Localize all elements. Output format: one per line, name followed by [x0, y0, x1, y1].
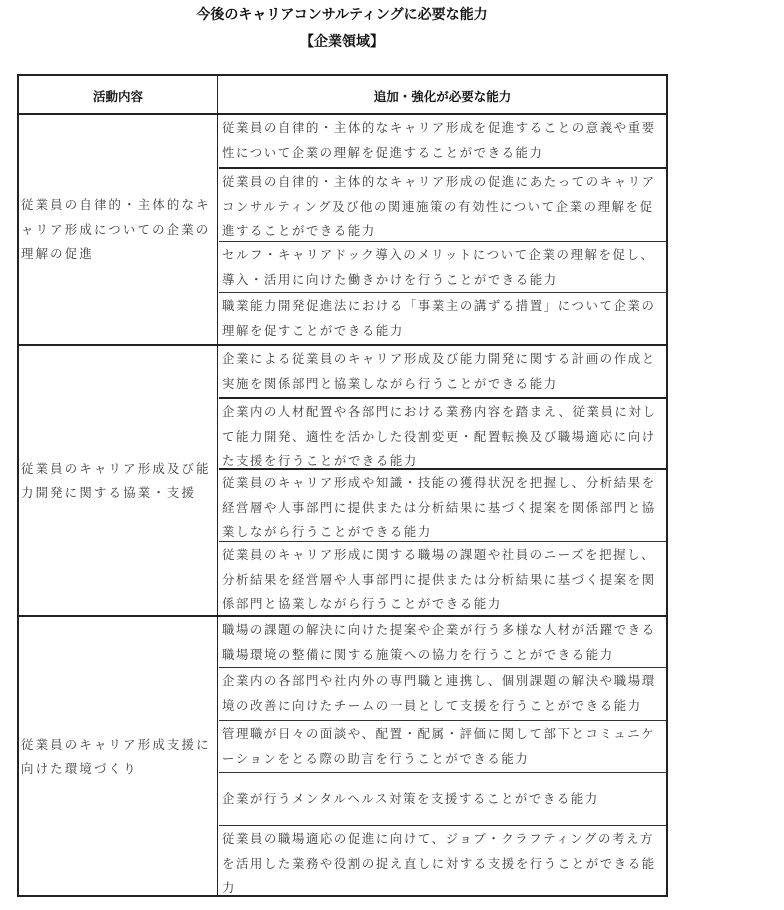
ability-cell: 従業員の自律的・主体的なキャリア形成の促進にあたってのキャリアコンサルティング及… [219, 169, 666, 241]
ability-cell: 従業員の職場適応の促進に向けて、ジョブ・クラフティングの考え方を活用した業務や役… [219, 826, 666, 897]
activity-text: 従業員の自律的・主体的なキャリア形成についての企業の理解の促進 [21, 193, 217, 267]
ability-cell: 管理職が日々の面談や、配置・配属・評価に関して部下とコミュニケーションをとる際の… [219, 721, 666, 772]
ability-text: 企業が行うメンタルヘルス対策を支援することができる能力 [222, 787, 599, 812]
ability-cell: 従業員のキャリア形成や知識・技能の獲得状況を把握し、分析結果を経営層や人事部門に… [219, 470, 666, 542]
activity-cell: 従業員の自律的・主体的なキャリア形成についての企業の理解の促進 [19, 115, 217, 345]
ability-cell: 企業内の各部門や社内外の専門職と連携し、個別課題の解決や職場環境の改善に向けたチ… [219, 668, 666, 720]
activity-cell: 従業員のキャリア形成及び能力開発に関する協業・支援 [19, 346, 217, 616]
ability-cell: 従業員の自律的・主体的なキャリア形成を促進することの意義や重要性について企業の理… [219, 115, 666, 168]
ability-cell: 企業内の人材配置や各部門における業務内容を踏まえ、従業員に対して能力開発、適性を… [219, 399, 666, 469]
document-title: 今後のキャリアコンサルティングに必要な能力 [0, 6, 734, 24]
document-subtitle: 【企業領域】 [0, 33, 734, 51]
activity-cell: 従業員のキャリア形成支援に向けた環境づくり [19, 617, 217, 897]
activity-text: 従業員のキャリア形成及び能力開発に関する協業・支援 [21, 457, 217, 506]
abilities-table: 活動内容 追加・強化が必要な能力 従業員の自律的・主体的なキャリア形成についての… [17, 74, 668, 897]
ability-cell: セルフ・キャリアドック導入のメリットについて企業の理解を促し、導入・活用に向けた… [219, 242, 666, 292]
ability-cell: 従業員のキャリア形成に関する職場の課題や社員のニーズを把握し、分析結果を経営層や… [219, 542, 666, 615]
ability-cell: 職業能力開発促進法における「事業主の講ずる措置」について企業の理解を促すことがで… [219, 293, 666, 344]
header-activity: 活動内容 [19, 76, 217, 115]
ability-cell: 企業が行うメンタルヘルス対策を支援することができる能力 [219, 773, 666, 825]
activity-text: 従業員のキャリア形成支援に向けた環境づくり [21, 733, 217, 782]
header-abilities: 追加・強化が必要な能力 [219, 76, 666, 115]
ability-cell: 職場の課題の解決に向けた提案や企業が行う多様な人材が活躍できる職場環境の整備に関… [219, 617, 666, 668]
column-divider [217, 76, 218, 895]
ability-cell: 企業による従業員のキャリア形成及び能力開発に関する計画の作成と実施を関係部門と協… [219, 346, 666, 398]
